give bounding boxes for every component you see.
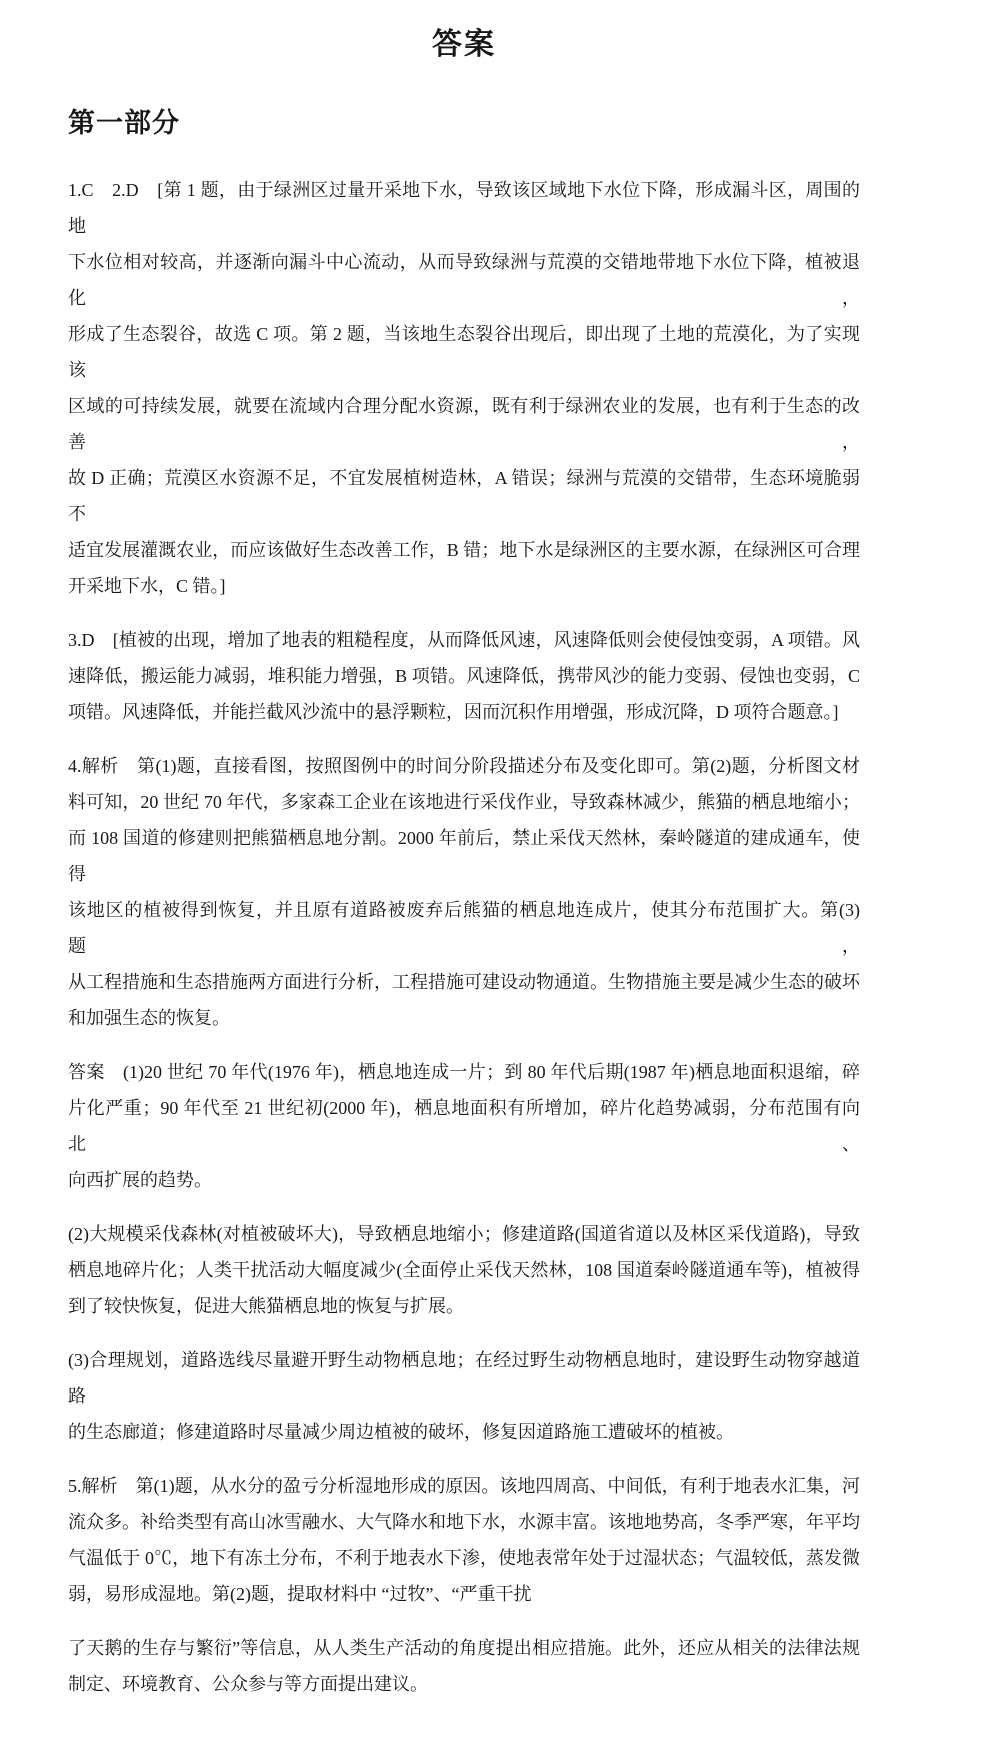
document-page: 答案 第一部分 1.C 2.D [第 1 题，由于绿洲区过量开采地下水，导致该区… — [0, 0, 992, 1760]
text-line: 1.C 2.D [第 1 题，由于绿洲区过量开采地下水，导致该区域地下水位下降，… — [68, 172, 860, 244]
text-line: 弱，易形成湿地。第(2)题，提取材料中 “过牧”、“严重干扰 — [68, 1576, 860, 1612]
text-line: 气温低于 0℃，地下有冻土分布，不利于地表水下渗，使地表常年处于过湿状态；气温较… — [68, 1540, 860, 1576]
text-line: 开采地下水，C 错。] — [68, 568, 860, 604]
text-line: 4.解析 第(1)题，直接看图，按照图例中的时间分阶段描述分布及变化即可。第(2… — [68, 748, 860, 784]
text-line: 速降低，搬运能力减弱，堆积能力增强，B 项错。风速降低，携带风沙的能力变弱、侵蚀… — [68, 658, 860, 694]
text-line: 流众多。补给类型有高山冰雪融水、大气降水和地下水，水源丰富。该地地势高，冬季严寒… — [68, 1504, 860, 1540]
text-line: 向西扩展的趋势。 — [68, 1162, 860, 1198]
answer-paragraph: 1.C 2.D [第 1 题，由于绿洲区过量开采地下水，导致该区域地下水位下降，… — [68, 172, 860, 604]
text-line: 制定、环境教育、公众参与等方面提出建议。 — [68, 1666, 860, 1702]
answer-paragraph: (2)大规模采伐森林(对植被破坏大)，导致栖息地缩小；修建道路(国道省道以及林区… — [68, 1216, 860, 1324]
section-heading: 第一部分 — [68, 106, 860, 140]
document-title: 答案 — [68, 26, 860, 64]
text-line: 到了较快恢复，促进大熊猫栖息地的恢复与扩展。 — [68, 1288, 860, 1324]
answer-paragraph: 答案 (1)20 世纪 70 年代(1976 年)，栖息地连成一片；到 80 年… — [68, 1054, 860, 1198]
text-line: (2)大规模采伐森林(对植被破坏大)，导致栖息地缩小；修建道路(国道省道以及林区… — [68, 1216, 860, 1252]
text-line: 故 D 正确；荒漠区水资源不足，不宜发展植树造林，A 错误；绿洲与荒漠的交错带，… — [68, 460, 860, 532]
text-line: 下水位相对较高，并逐渐向漏斗中心流动，从而导致绿洲与荒漠的交错地带地下水位下降，… — [68, 244, 860, 316]
answer-paragraph: (3)合理规划，道路选线尽量避开野生动物栖息地；在经过野生动物栖息地时，建设野生… — [68, 1342, 860, 1450]
answer-paragraph: 了天鹅的生存与繁衍”等信息，从人类生产活动的角度提出相应措施。此外，还应从相关的… — [68, 1630, 860, 1702]
text-line: 栖息地碎片化；人类干扰活动大幅度减少(全面停止采伐天然林，108 国道秦岭隧道通… — [68, 1252, 860, 1288]
text-line: 5.解析 第(1)题，从水分的盈亏分析湿地形成的原因。该地四周高、中间低，有利于… — [68, 1468, 860, 1504]
text-line: (3)合理规划，道路选线尽量避开野生动物栖息地；在经过野生动物栖息地时，建设野生… — [68, 1342, 860, 1414]
text-line: 项错。风速降低，并能拦截风沙流中的悬浮颗粒，因而沉积作用增强，形成沉降，D 项符… — [68, 694, 860, 730]
answer-paragraphs: 1.C 2.D [第 1 题，由于绿洲区过量开采地下水，导致该区域地下水位下降，… — [68, 172, 860, 1702]
answer-paragraph: 3.D [植被的出现，增加了地表的粗糙程度，从而降低风速，风速降低则会使侵蚀变弱… — [68, 622, 860, 730]
text-line: 区域的可持续发展，就要在流域内合理分配水资源，既有利于绿洲农业的发展，也有利于生… — [68, 388, 860, 460]
text-line: 料可知，20 世纪 70 年代，多家森工企业在该地进行采伐作业，导致森林减少，熊… — [68, 784, 860, 820]
text-line: 答案 (1)20 世纪 70 年代(1976 年)，栖息地连成一片；到 80 年… — [68, 1054, 860, 1090]
text-line: 适宜发展灌溉农业，而应该做好生态改善工作，B 错；地下水是绿洲区的主要水源，在绿… — [68, 532, 860, 568]
answer-paragraph: 5.解析 第(1)题，从水分的盈亏分析湿地形成的原因。该地四周高、中间低，有利于… — [68, 1468, 860, 1612]
text-line: 从工程措施和生态措施两方面进行分析，工程措施可建设动物通道。生物措施主要是减少生… — [68, 964, 860, 1000]
text-line: 形成了生态裂谷，故选 C 项。第 2 题，当该地生态裂谷出现后，即出现了土地的荒… — [68, 316, 860, 388]
answer-paragraph: 4.解析 第(1)题，直接看图，按照图例中的时间分阶段描述分布及变化即可。第(2… — [68, 748, 860, 1036]
text-line: 和加强生态的恢复。 — [68, 1000, 860, 1036]
text-line: 而 108 国道的修建则把熊猫栖息地分割。2000 年前后，禁止采伐天然林，秦岭… — [68, 820, 860, 892]
text-line: 片化严重；90 年代至 21 世纪初(2000 年)，栖息地面积有所增加，碎片化… — [68, 1090, 860, 1162]
text-line: 的生态廊道；修建道路时尽量减少周边植被的破坏，修复因道路施工遭破坏的植被。 — [68, 1414, 860, 1450]
text-line: 了天鹅的生存与繁衍”等信息，从人类生产活动的角度提出相应措施。此外，还应从相关的… — [68, 1630, 860, 1666]
text-line: 该地区的植被得到恢复，并且原有道路被废弃后熊猫的栖息地连成片，使其分布范围扩大。… — [68, 892, 860, 964]
text-line: 3.D [植被的出现，增加了地表的粗糙程度，从而降低风速，风速降低则会使侵蚀变弱… — [68, 622, 860, 658]
